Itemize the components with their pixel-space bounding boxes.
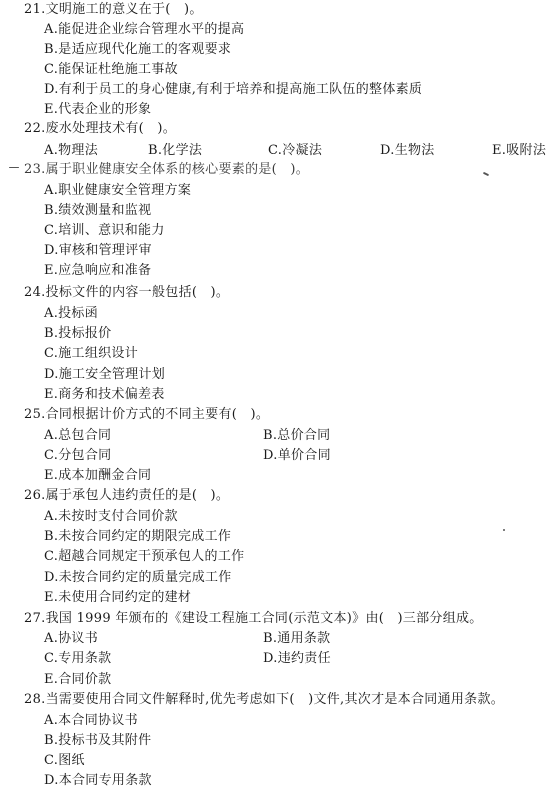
question-27-option-c: C.专用条款 bbox=[44, 649, 111, 669]
question-25-option-e: E.成本加酬金合同 bbox=[44, 466, 151, 486]
question-21-option-a: A.能促进企业综合管理水平的提高 bbox=[44, 20, 244, 40]
question-23-option-c: C.培训、意识和能力 bbox=[44, 221, 165, 241]
question-24-option-a: A.投标函 bbox=[44, 304, 98, 324]
question-21-option-b: B.是适应现代化施工的客观要求 bbox=[44, 40, 231, 60]
scan-artifact bbox=[9, 167, 19, 168]
question-23-option-b: B.绩效测量和监视 bbox=[44, 201, 151, 221]
question-28-option-d: D.本合同专用条款 bbox=[44, 771, 152, 791]
question-24-option-d: D.施工安全管理计划 bbox=[44, 365, 165, 385]
question-24-option-c: C.施工组织设计 bbox=[44, 344, 138, 364]
question-22-option-a: A.物理法 bbox=[44, 141, 98, 161]
question-25-option-b: B.总价合同 bbox=[263, 426, 331, 446]
scan-artifact bbox=[503, 529, 505, 531]
question-21-option-e: E.代表企业的形象 bbox=[44, 100, 151, 120]
question-26-option-c: C.超越合同规定干预承包人的工作 bbox=[44, 547, 244, 567]
question-23-option-d: D.审核和管理评审 bbox=[44, 241, 152, 261]
question-24-option-b: B.投标报价 bbox=[44, 324, 112, 344]
question-26-option-e: E.未使用合同约定的建材 bbox=[44, 588, 191, 608]
question-23-option-a: A.职业健康安全管理方案 bbox=[44, 181, 191, 201]
question-25-option-a: A.总包合同 bbox=[44, 426, 111, 446]
question-22-option-e: E.吸附法 bbox=[492, 141, 546, 161]
question-25-option-d: D.单价合同 bbox=[263, 446, 331, 466]
question-21-option-d: D.有利于员工的身心健康,有利于培养和提高施工队伍的整体素质 bbox=[44, 80, 422, 100]
exam-page: 21.文明施工的意义在于( )。 A.能促进企业综合管理水平的提高 B.是适应现… bbox=[0, 0, 560, 792]
question-24-option-e: E.商务和技术偏差表 bbox=[44, 385, 165, 405]
question-27-stem: 27.我国 1999 年颁布的《建设工程施工合同(示范文本)》由( )三部分组成… bbox=[24, 609, 483, 629]
question-28-stem: 28.当需要使用合同文件解释时,优先考虑如下( )文件,其次才是本合同通用条款。 bbox=[24, 690, 504, 710]
question-21-option-c: C.能保证杜绝施工事故 bbox=[44, 60, 178, 80]
question-25-stem: 25.合同根据计价方式的不同主要有( )。 bbox=[24, 405, 269, 425]
question-27-option-b: B.通用条款 bbox=[263, 629, 331, 649]
question-24-stem: 24.投标文件的内容一般包括( )。 bbox=[24, 283, 229, 303]
question-27-option-d: D.违约责任 bbox=[263, 649, 331, 669]
question-21-stem: 21.文明施工的意义在于( )。 bbox=[24, 0, 203, 20]
question-25-option-c: C.分包合同 bbox=[44, 446, 111, 466]
question-27-option-e: E.合同价款 bbox=[44, 670, 111, 690]
question-23-stem: 23.属于职业健康安全体系的核心要素的是( )。 bbox=[24, 160, 309, 180]
question-22-option-b: B.化学法 bbox=[148, 141, 202, 161]
question-26-stem: 26.属于承包人违约责任的是( )。 bbox=[24, 486, 229, 506]
question-22-option-d: D.生物法 bbox=[380, 141, 435, 161]
question-26-option-d: D.未按合同约定的质量完成工作 bbox=[44, 568, 232, 588]
question-28-option-a: A.本合同协议书 bbox=[44, 711, 138, 731]
question-22-option-c: C.冷凝法 bbox=[268, 141, 322, 161]
question-27-option-a: A.协议书 bbox=[44, 629, 98, 649]
question-22-stem: 22.废水处理技术有( )。 bbox=[24, 119, 176, 139]
question-26-option-b: B.未按合同约定的期限完成工作 bbox=[44, 527, 231, 547]
question-28-option-c: C.图纸 bbox=[44, 751, 85, 771]
question-26-option-a: A.未按时支付合同价款 bbox=[44, 507, 178, 527]
question-23-option-e: E.应急响应和准备 bbox=[44, 261, 151, 281]
scan-artifact bbox=[483, 172, 489, 176]
question-28-option-b: B.投标书及其附件 bbox=[44, 731, 151, 751]
